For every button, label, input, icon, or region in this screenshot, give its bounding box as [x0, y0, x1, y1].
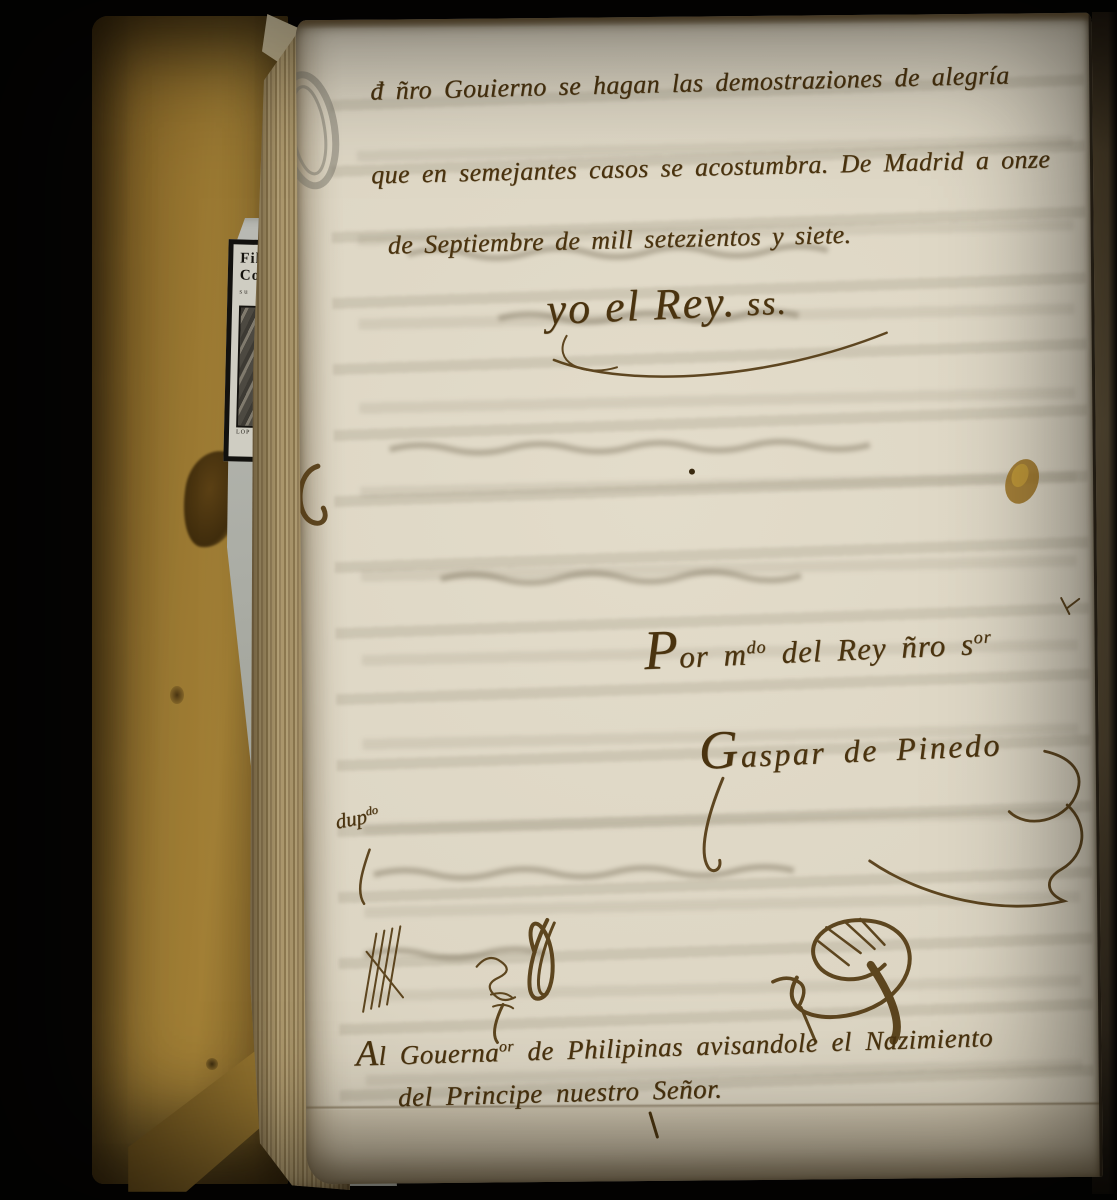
- margin-note-text: dup: [333, 804, 368, 833]
- margin-note-superscript: do: [364, 802, 379, 818]
- countersign-superscript-do: do: [746, 637, 767, 658]
- countersign-superscript-or: or: [973, 627, 992, 648]
- manuscript-page: đ ñro Gouierno se hagan las demostrazion…: [296, 13, 1103, 1185]
- docket1-superscript-or: or: [499, 1038, 514, 1055]
- photo-scene: Fil Co su LOP: [0, 0, 1117, 1200]
- royal-sign-text: yo el Rey.: [545, 277, 737, 334]
- countersign-prefix: Por m: [643, 637, 747, 677]
- archive-stamp: [296, 71, 343, 190]
- docket1-prefix: Al Gouerna: [355, 1037, 499, 1071]
- countersign-mid: del Rey ñro s: [766, 626, 975, 670]
- fore-edge-stain: [206, 1058, 218, 1070]
- royal-rubric: ss.: [735, 284, 788, 323]
- cover-stain-small: [170, 686, 184, 704]
- royal-sign: yo el Rey. ss.: [545, 273, 788, 335]
